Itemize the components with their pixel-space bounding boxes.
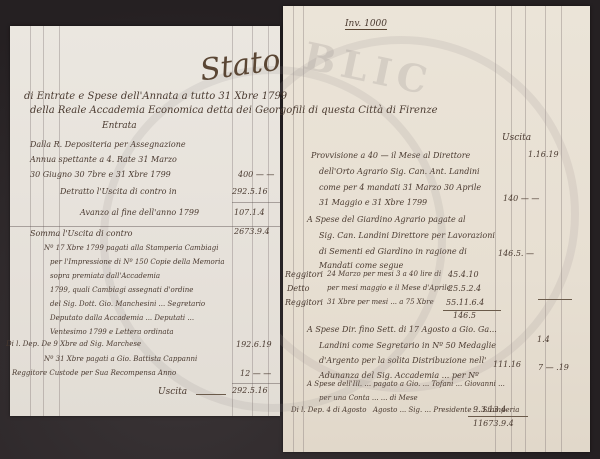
subtotal-amount: 146.5 [453, 312, 476, 320]
total-label: Uscita [158, 388, 187, 397]
heading-line-2: della Reale Accademia Economica detta de… [30, 106, 438, 116]
entry-line: Detratto l'Uscita di contro in [60, 188, 177, 196]
entry-line: Ventesimo 1799 e Lettera ordinata [50, 329, 174, 336]
entry-line: 1799, quali Cambiagi assegnati d'ordine [50, 287, 193, 294]
entry-amount: 107.1.4 [234, 209, 265, 217]
grand-total: 11673.9.4 [473, 420, 514, 428]
entry-line: per l'Impressione di Nº 150 Copie della … [50, 259, 225, 266]
entry-line: Dalla R. Depositeria per Assegnazione [30, 141, 186, 149]
entry-line: Nº 31 Xbre pagati a Gio. Battista Cappan… [44, 356, 197, 363]
sub-item-amount: 45.4.10 [448, 271, 479, 279]
entry-amount: 292.5.16 [232, 188, 268, 196]
entry-side-amount: 7 — .19 [538, 364, 569, 372]
entry-line: Somma l'Uscita di contro [30, 230, 132, 238]
entry-amount: 140 — — [503, 195, 539, 203]
sub-item-amount: 55.11.6.4 [446, 299, 484, 307]
uscita-title: Uscita [502, 134, 531, 143]
entry-extra-amount: 1.4 [537, 336, 550, 344]
entry-amount: 9.3.13.4 [473, 406, 506, 414]
entrata-title: Entrata [102, 122, 137, 131]
entry-line: Annua spettante a 4. Rate 31 Marzo [30, 156, 177, 164]
margin-note: Di l. Dep. De 9 Xbre ad Sig. Marchese [6, 341, 141, 348]
entry-amount: 12 — — [240, 370, 271, 378]
entry-line: del Sig. Dott. Gio. Manchesini ... Segre… [50, 301, 205, 308]
reference-number: Inv. 1000 [345, 20, 387, 30]
heading-line-1: di Entrate e Spese dell'Annata a tutto 3… [24, 92, 287, 102]
entry-line: Avanzo al fine dell'anno 1799 [80, 209, 199, 217]
entry-amount: 146.5. — [498, 250, 534, 258]
top-margin-amount: 1.16.19 [528, 151, 559, 159]
entry-line: Deputato dalla Accademia ... Deputati ..… [50, 315, 194, 322]
entry-line: 30 Giugno 30 7bre e 31 Xbre 1799 [30, 171, 171, 179]
entry-amount: 111.16 [493, 361, 521, 369]
entry-line: Nº 17 Xbre 1799 pagati alla Stamperia Ca… [44, 245, 218, 252]
left-sheet: Stato di Entrate e Spese dell'Annata a t… [10, 26, 280, 416]
entry-line: sopra premiata dall'Accademia [50, 273, 160, 280]
separator-amount: 2673.9.4 [234, 228, 270, 236]
entry-amount: 400 — — [238, 171, 274, 179]
entry-amount: 192.6.19 [236, 341, 272, 349]
sub-item-amount: 25.5.2.4 [448, 285, 481, 293]
total-amount: 292.5.16 [232, 387, 268, 395]
entry-line: Reggitore Custode per Sua Recompensa Ann… [12, 370, 176, 377]
